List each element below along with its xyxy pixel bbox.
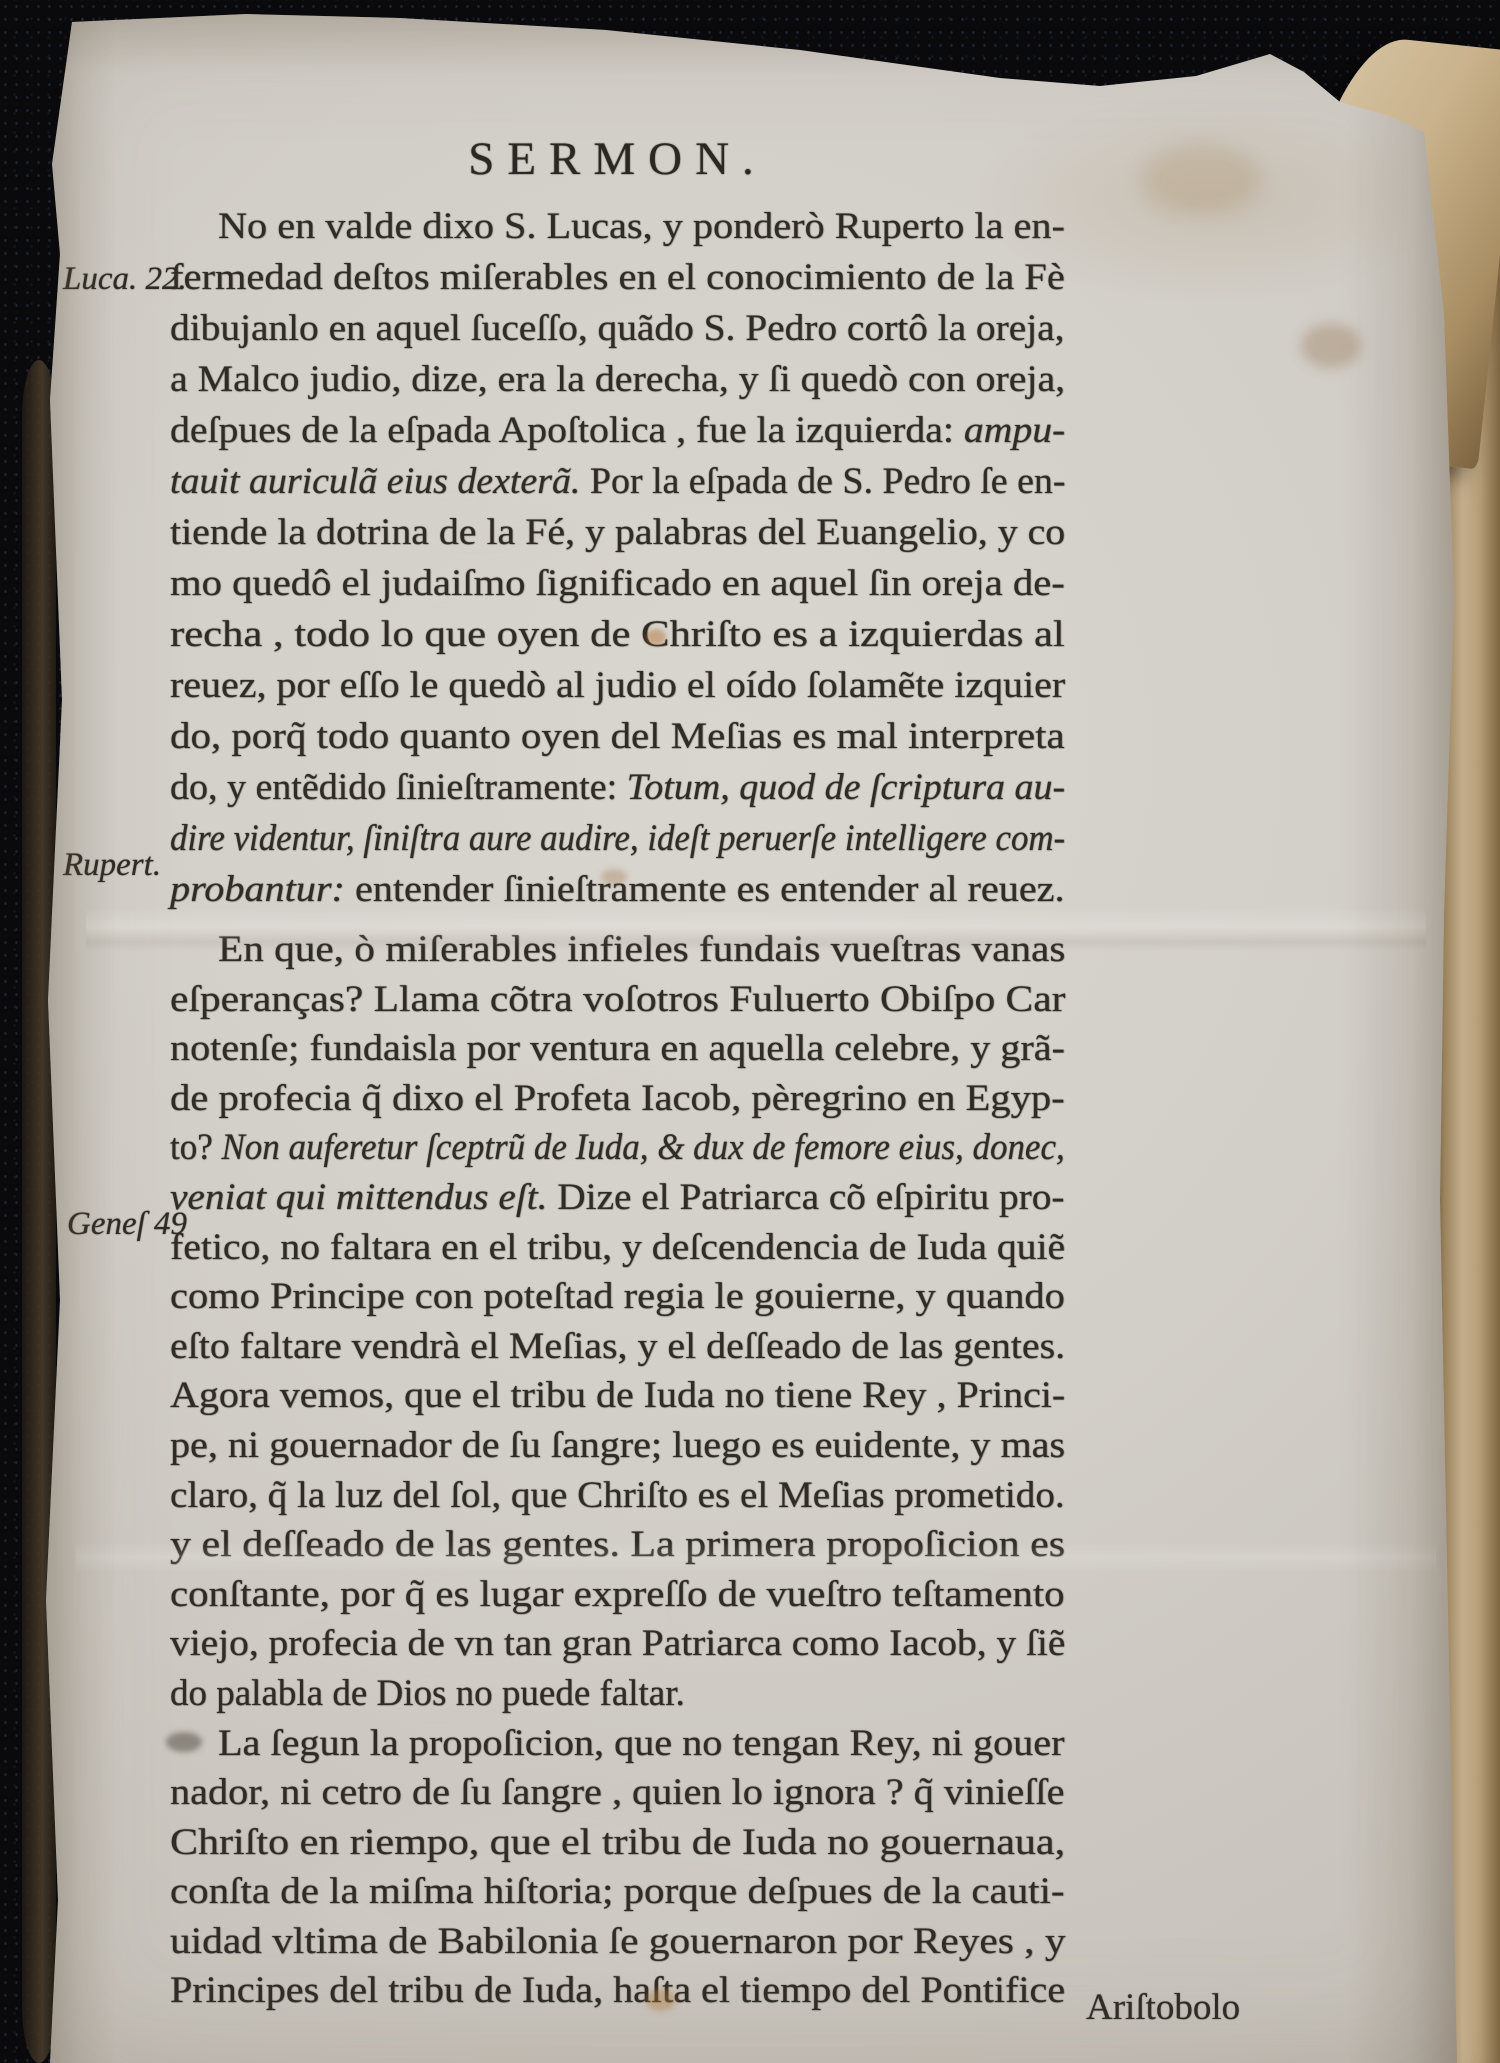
text-segment: claro, q̃ la luz del ſol, que Chriſto es… (170, 1475, 1065, 1516)
book-spine-edge (22, 360, 56, 2063)
text-segment: to? (170, 1127, 221, 1168)
text-line: dire videntur, ſiniſtra aure audire, ide… (170, 817, 1065, 868)
text-line: En que, ò miſerables infieles fundais vu… (170, 928, 1065, 978)
text-segment: viejo, profecia de vn tan gran Patriarca… (170, 1623, 1065, 1664)
text-segment: Por la eſpada de S. Pedro ſe en- (580, 461, 1065, 502)
text-segment: eſto faltare vendrà el Meſias, y el deſſ… (170, 1326, 1065, 1367)
text-line: do palabla de Dios no puede faltar. (170, 1672, 1065, 1722)
text-segment: entender ſinieſtramente es entender al r… (345, 869, 1065, 910)
text-segment: Principes del tribu de Iuda, haſta el ti… (170, 1970, 1065, 2011)
text-segment: conſtante, por q̃ es lugar expreſſo de v… (170, 1574, 1065, 1615)
text-segment: Chriſto en riempo, que el tribu de Iuda … (170, 1822, 1065, 1863)
text-line: de profecia q̃ dixo el Profeta Iacob, pè… (170, 1077, 1065, 1127)
text-segment: Dize el Patriarca cõ eſpiritu pro- (547, 1177, 1064, 1218)
text-line: tauit auriculã eius dexterã. Por la eſpa… (170, 460, 1065, 511)
stain (1141, 144, 1261, 214)
margin-note-rupert: Rupert. (63, 847, 161, 884)
text-line: fermedad deſtos miſerables en el conocim… (170, 256, 1065, 307)
text-segment: y el deſſeado de las gentes. La primera … (170, 1524, 1065, 1565)
text-segment: En que, ò miſerables infieles fundais vu… (218, 929, 1065, 970)
text-line: No en valde dixo S. Lucas, y ponderò Rup… (170, 205, 1065, 256)
text-segment: tiende la dotrina de la Fé, y palabras d… (170, 512, 1065, 553)
margin-note-luca: Luca. 22. (63, 261, 187, 298)
text-segment: No en valde dixo S. Lucas, y ponderò Rup… (218, 206, 1065, 247)
text-block: No en valde dixo S. Lucas, y ponderò Rup… (170, 205, 1065, 919)
text-line: tiende la dotrina de la Fé, y palabras d… (170, 511, 1065, 562)
text-segment: a Malco judio, dize, era la derecha, y ſ… (170, 359, 1065, 400)
text-line: claro, q̃ la luz del ſol, que Chriſto es… (170, 1474, 1065, 1524)
latin-quote-segment: tauit auriculã eius dexterã. (170, 461, 580, 502)
text-segment: fermedad deſtos miſerables en el conocim… (170, 257, 1065, 298)
text-segment: Agora vemos, que el tribu de Iuda no tie… (170, 1375, 1065, 1416)
text-segment: conſta de la miſma hiſtoria; porque deſp… (170, 1871, 1065, 1912)
text-segment: recha , todo lo que oyen de Chriſto es a… (170, 614, 1065, 655)
text-segment: reuez, por eſſo le quedò al judio el oíd… (170, 665, 1065, 706)
text-line: conſta de la miſma hiſtoria; porque deſp… (170, 1870, 1065, 1920)
text-line: recha , todo lo que oyen de Chriſto es a… (170, 613, 1065, 664)
text-segment: fetico, no faltara en el tribu, y deſcen… (170, 1227, 1065, 1268)
text-line: probantur: entender ſinieſtramente es en… (170, 868, 1065, 919)
latin-quote-segment: ampu- (964, 410, 1065, 451)
text-line: Principes del tribu de Iuda, haſta el ti… (170, 1969, 1065, 2019)
text-line: dibujanlo en aquel ſuceſſo, quãdo S. Ped… (170, 307, 1065, 358)
text-segment: uidad vltima de Babilonia ſe gouernaron … (170, 1921, 1066, 1962)
text-line: reuez, por eſſo le quedò al judio el oíd… (170, 664, 1065, 715)
text-segment: do palabla de Dios no puede faltar. (170, 1673, 685, 1714)
text-line: deſpues de la eſpada Apoſtolica , fue la… (170, 409, 1065, 460)
stain (1301, 324, 1361, 368)
text-segment: deſpues de la eſpada Apoſtolica , fue la… (170, 410, 964, 451)
text-segment: La ſegun la propoſicion, que no tengan R… (218, 1723, 1064, 1764)
text-line: do, porq̃ todo quanto oyen del Meſias es… (170, 715, 1065, 766)
text-segment: nador, ni cetro de ſu ſangre , quien lo … (170, 1772, 1064, 1813)
latin-quote-segment: Totum, quod de ſcriptura au- (627, 767, 1066, 808)
latin-quote-segment: probantur: (170, 869, 345, 910)
book-page: SERMON. Luca. 22. Rupert. Geneſ 49 No en… (46, 14, 1466, 2063)
text-block: En que, ò miſerables infieles fundais vu… (170, 928, 1065, 2019)
text-segment: de profecia q̃ dixo el Profeta Iacob, pè… (170, 1078, 1065, 1119)
text-segment: do, y entẽdido ſinieſtramente: (170, 767, 627, 808)
text-line: y el deſſeado de las gentes. La primera … (170, 1523, 1065, 1573)
text-line: uidad vltima de Babilonia ſe gouernaron … (170, 1920, 1065, 1970)
text-line: a Malco judio, dize, era la derecha, y ſ… (170, 358, 1065, 409)
text-line: veniat qui mittendus eſt. Dize el Patria… (170, 1176, 1065, 1226)
text-line: Agora vemos, que el tribu de Iuda no tie… (170, 1374, 1065, 1424)
text-line: mo quedô el judaiſmo ſignificado en aque… (170, 562, 1065, 613)
text-line: eſperanças? Llama cõtra voſotros Fuluert… (170, 978, 1065, 1028)
text-line: eſto faltare vendrà el Meſias, y el deſſ… (170, 1325, 1065, 1375)
latin-quote-segment: Non auferetur ſceptrũ de Iuda, & dux de … (221, 1127, 1064, 1168)
text-segment: eſperanças? Llama cõtra voſotros Fuluert… (170, 979, 1065, 1020)
photo-background: SERMON. Luca. 22. Rupert. Geneſ 49 No en… (0, 0, 1500, 2063)
latin-quote-segment: veniat qui mittendus eſt. (170, 1177, 547, 1218)
text-line: nador, ni cetro de ſu ſangre , quien lo … (170, 1771, 1065, 1821)
text-segment: pe, ni gouernador de ſu ſangre; luego es… (170, 1425, 1065, 1466)
latin-quote-segment: dire videntur, ſiniſtra aure audire, ide… (170, 818, 1065, 859)
text-line: Chriſto en riempo, que el tribu de Iuda … (170, 1821, 1065, 1871)
text-line: fetico, no faltara en el tribu, y deſcen… (170, 1226, 1065, 1276)
text-line: pe, ni gouernador de ſu ſangre; luego es… (170, 1424, 1065, 1474)
text-segment: como Principe con poteſtad regia le goui… (170, 1276, 1065, 1317)
text-line: to? Non auferetur ſceptrũ de Iuda, & dux… (170, 1126, 1065, 1176)
text-line: La ſegun la propoſicion, que no tengan R… (170, 1722, 1065, 1772)
text-segment: do, porq̃ todo quanto oyen del Meſias es… (170, 716, 1065, 757)
text-segment: dibujanlo en aquel ſuceſſo, quãdo S. Ped… (170, 308, 1064, 349)
text-segment: mo quedô el judaiſmo ſignificado en aque… (170, 563, 1065, 604)
text-line: do, y entẽdido ſinieſtramente: Totum, qu… (170, 766, 1065, 817)
text-line: como Principe con poteſtad regia le goui… (170, 1275, 1065, 1325)
text-line: viejo, profecia de vn tan gran Patriarca… (170, 1622, 1065, 1672)
text-segment: notenſe; fundaisla por ventura en aquell… (170, 1028, 1065, 1069)
page-title: SERMON. (170, 132, 1065, 186)
catchword: Ariſtobolo (1086, 1986, 1346, 2029)
text-line: conſtante, por q̃ es lugar expreſſo de v… (170, 1573, 1065, 1623)
text-line: notenſe; fundaisla por ventura en aquell… (170, 1027, 1065, 1077)
